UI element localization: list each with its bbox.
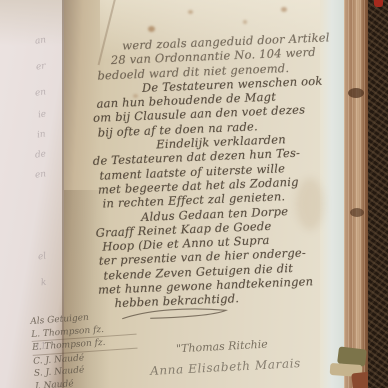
faint-fragment: k bbox=[40, 278, 47, 289]
faint-fragment: ie bbox=[37, 109, 47, 120]
faint-fragment: de bbox=[34, 149, 46, 160]
book-cover-edge bbox=[368, 0, 388, 388]
faint-fragment: en bbox=[34, 87, 46, 98]
torn-page-stubs bbox=[344, 0, 370, 388]
red-marker-speck bbox=[374, 0, 383, 7]
faint-fragment: in bbox=[37, 129, 47, 140]
faint-fragment: el bbox=[37, 251, 47, 262]
faint-fragment: er bbox=[36, 61, 47, 72]
foxing-spot bbox=[148, 26, 155, 32]
manuscript-photo: an er en ie in de en el k 11 werd zoals … bbox=[0, 0, 388, 388]
foxing-spot bbox=[281, 7, 287, 12]
foxing-spot bbox=[188, 10, 193, 14]
manuscript-text-block: werd zoals aangeduid door Artikel 28 van… bbox=[88, 30, 341, 311]
foxing-spot bbox=[243, 20, 247, 24]
stub-dark-spot bbox=[348, 88, 364, 98]
stub-dark-spot bbox=[350, 208, 364, 217]
faint-fragment: en bbox=[34, 169, 46, 180]
faint-fragment: an bbox=[34, 35, 46, 46]
